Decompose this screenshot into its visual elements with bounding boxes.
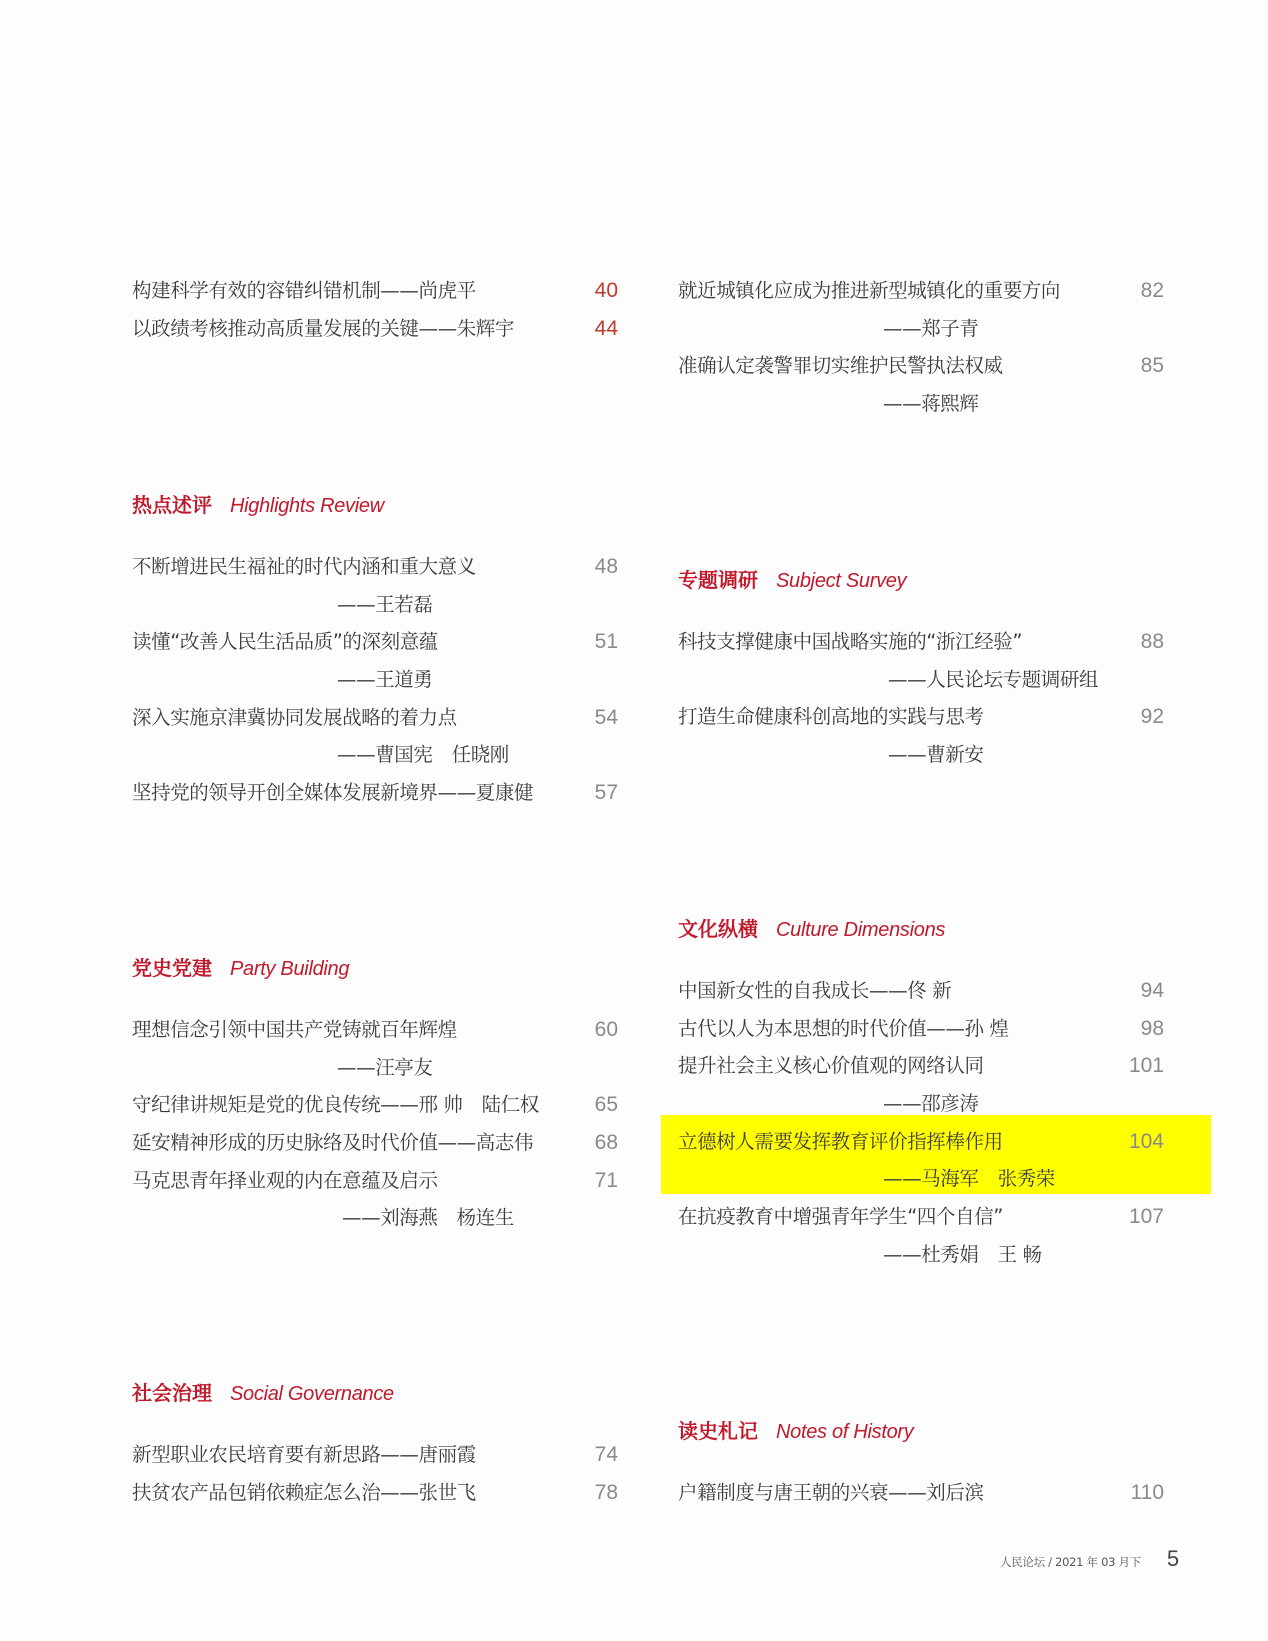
entry-title: 古代以人为本思想的时代价值——孙 煌 — [678, 1010, 1164, 1048]
toc-entry[interactable]: 提升社会主义核心价值观的网络认同 ——邵彦涛 101 — [678, 1047, 1164, 1122]
toc-entry[interactable]: 读懂“改善人民生活品质”的深刻意蕴 ——王道勇 51 — [132, 623, 618, 698]
entry-title: 科技支撑健康中国战略实施的“浙江经验” — [678, 623, 1164, 661]
entry-title: 理想信念引领中国共产党铸就百年辉煌 — [132, 1011, 618, 1049]
toc-entry[interactable]: 坚持党的领导开创全媒体发展新境界——夏康健 57 — [132, 774, 618, 812]
page-number: 65 — [595, 1086, 618, 1124]
page-number: 85 — [1141, 347, 1164, 385]
page-number: 92 — [1141, 698, 1164, 736]
section-title-en: Party Building — [230, 958, 349, 981]
page-number: 40 — [595, 272, 618, 310]
toc-entry[interactable]: 准确认定袭警罪切实维护民警执法权威 ——蒋熙辉 85 — [678, 347, 1164, 422]
toc-entry[interactable]: 科技支撑健康中国战略实施的“浙江经验” ——人民论坛专题调研组 88 — [678, 623, 1164, 698]
page-number: 110 — [1131, 1474, 1164, 1512]
page-number: 82 — [1141, 272, 1164, 310]
section-heading: 文化纵横 Culture Dimensions — [678, 913, 1164, 947]
section-subject-survey: 专题调研 Subject Survey 科技支撑健康中国战略实施的“浙江经验” … — [678, 564, 1164, 774]
entry-title: 新型职业农民培育要有新思路——唐丽霞 — [132, 1436, 618, 1474]
entry-title: 在抗疫教育中增强青年学生“四个自信” — [678, 1198, 1164, 1236]
entry-author: ——人民论坛专题调研组 — [678, 661, 1164, 699]
entry-title: 户籍制度与唐王朝的兴衰——刘后滨 — [678, 1474, 1164, 1512]
entry-title: 准确认定袭警罪切实维护民警执法权威 — [678, 347, 1164, 385]
page-number: 51 — [595, 623, 618, 661]
page-number: 104 — [1129, 1123, 1164, 1161]
toc-entry[interactable]: 马克思青年择业观的内在意蕴及启示 ——刘海燕 杨连生 71 — [132, 1162, 618, 1237]
section-party-building: 党史党建 Party Building 理想信念引领中国共产党铸就百年辉煌 ——… — [132, 952, 618, 1237]
page-number: 94 — [1141, 972, 1164, 1010]
entry-title: 读懂“改善人民生活品质”的深刻意蕴 — [132, 623, 618, 661]
entry-title: 守纪律讲规矩是党的优良传统——邢 帅 陆仁权 — [132, 1086, 618, 1124]
page-number: 44 — [595, 310, 618, 348]
entry-author: ——蒋熙辉 — [678, 385, 1164, 423]
section-notes-of-history: 读史札记 Notes of History 户籍制度与唐王朝的兴衰——刘后滨 1… — [678, 1415, 1164, 1512]
section-title-cn: 党史党建 — [132, 952, 212, 981]
section-title-cn: 社会治理 — [132, 1377, 212, 1406]
section-heading: 读史札记 Notes of History — [678, 1415, 1164, 1449]
entry-author: ——曹国宪 任晓刚 — [132, 736, 618, 774]
left-top-entries: 构建科学有效的容错纠错机制——尚虎平 40 以政绩考核推动高质量发展的关键——朱… — [132, 272, 618, 347]
toc-entry[interactable]: 理想信念引领中国共产党铸就百年辉煌 ——汪亭友 60 — [132, 1011, 618, 1086]
section-heading: 专题调研 Subject Survey — [678, 564, 1164, 598]
toc-entry[interactable]: 以政绩考核推动高质量发展的关键——朱辉宇 44 — [132, 310, 618, 348]
page-number: 74 — [595, 1436, 618, 1474]
entry-title: 马克思青年择业观的内在意蕴及启示 — [132, 1162, 618, 1200]
entry-title: 不断增进民生福祉的时代内涵和重大意义 — [132, 548, 618, 586]
entry-author: ——马海军 张秀荣 — [678, 1160, 1164, 1198]
section-culture-dimensions: 文化纵横 Culture Dimensions 中国新女性的自我成长——佟 新 … — [678, 913, 1164, 1274]
toc-entry[interactable]: 构建科学有效的容错纠错机制——尚虎平 40 — [132, 272, 618, 310]
toc-entry[interactable]: 就近城镇化应成为推进新型城镇化的重要方向 ——郑子青 82 — [678, 272, 1164, 347]
section-title-cn: 文化纵横 — [678, 913, 758, 942]
entry-author: ——王道勇 — [132, 661, 618, 699]
toc-entry[interactable]: 延安精神形成的历史脉络及时代价值——高志伟 68 — [132, 1124, 618, 1162]
entry-title: 中国新女性的自我成长——佟 新 — [678, 972, 1164, 1010]
section-social-governance: 社会治理 Social Governance 新型职业农民培育要有新思路——唐丽… — [132, 1377, 618, 1511]
page-number: 98 — [1141, 1010, 1164, 1048]
entry-title: 打造生命健康科创高地的实践与思考 — [678, 698, 1164, 736]
right-top-entries: 就近城镇化应成为推进新型城镇化的重要方向 ——郑子青 82 准确认定袭警罪切实维… — [678, 272, 1164, 423]
toc-entry-highlighted[interactable]: 立德树人需要发挥教育评价指挥棒作用 ——马海军 张秀荣 104 — [678, 1123, 1164, 1198]
toc-entry[interactable]: 深入实施京津冀协同发展战略的着力点 ——曹国宪 任晓刚 54 — [132, 699, 618, 774]
section-heading: 社会治理 Social Governance — [132, 1377, 618, 1411]
section-title-en: Culture Dimensions — [776, 919, 945, 942]
folio-page-number: 5 — [1167, 1546, 1179, 1572]
toc-entry[interactable]: 古代以人为本思想的时代价值——孙 煌 98 — [678, 1010, 1164, 1048]
entry-title: 深入实施京津冀协同发展战略的着力点 — [132, 699, 618, 737]
entry-title: 以政绩考核推动高质量发展的关键——朱辉宇 — [132, 310, 618, 348]
section-title-en: Subject Survey — [776, 570, 906, 593]
page-number: 78 — [595, 1474, 618, 1512]
section-title-cn: 读史札记 — [678, 1415, 758, 1444]
toc-entry[interactable]: 户籍制度与唐王朝的兴衰——刘后滨 110 — [678, 1474, 1164, 1512]
entry-author: ——郑子青 — [678, 310, 1164, 348]
page-number: 48 — [595, 548, 618, 586]
entry-author: ——杜秀娟 王 畅 — [678, 1236, 1164, 1274]
toc-entry[interactable]: 不断增进民生福祉的时代内涵和重大意义 ——王若磊 48 — [132, 548, 618, 623]
publication-info: 人民论坛 / 2021 年 03 月下 — [1000, 1554, 1141, 1570]
page-number: 68 — [595, 1124, 618, 1162]
section-title-en: Social Governance — [230, 1383, 394, 1406]
entry-author: ——邵彦涛 — [678, 1085, 1164, 1123]
section-heading: 热点述评 Highlights Review — [132, 489, 618, 523]
section-title-en: Notes of History — [776, 1421, 913, 1444]
page-number: 54 — [595, 699, 618, 737]
page-number: 60 — [595, 1011, 618, 1049]
toc-entry[interactable]: 扶贫农产品包销依赖症怎么治——张世飞 78 — [132, 1474, 618, 1512]
entry-title: 提升社会主义核心价值观的网络认同 — [678, 1047, 1164, 1085]
section-title-en: Highlights Review — [230, 495, 384, 518]
page-number: 71 — [595, 1162, 618, 1200]
toc-entry[interactable]: 中国新女性的自我成长——佟 新 94 — [678, 972, 1164, 1010]
section-title-cn: 热点述评 — [132, 489, 212, 518]
entry-title: 就近城镇化应成为推进新型城镇化的重要方向 — [678, 272, 1164, 310]
page-number: 101 — [1129, 1047, 1164, 1085]
entry-author: ——王若磊 — [132, 586, 618, 624]
entry-title: 立德树人需要发挥教育评价指挥棒作用 — [678, 1123, 1164, 1161]
page-footer: 人民论坛 / 2021 年 03 月下 5 — [1000, 1546, 1179, 1572]
entry-author: ——刘海燕 杨连生 — [132, 1199, 618, 1237]
entry-title: 坚持党的领导开创全媒体发展新境界——夏康健 — [132, 774, 618, 812]
page-number: 107 — [1129, 1198, 1164, 1236]
entry-author: ——汪亭友 — [132, 1049, 618, 1087]
entry-title: 构建科学有效的容错纠错机制——尚虎平 — [132, 272, 618, 310]
toc-entry[interactable]: 新型职业农民培育要有新思路——唐丽霞 74 — [132, 1436, 618, 1474]
entry-title: 扶贫农产品包销依赖症怎么治——张世飞 — [132, 1474, 618, 1512]
section-title-cn: 专题调研 — [678, 564, 758, 593]
entry-author: ——曹新安 — [678, 736, 1164, 774]
section-heading: 党史党建 Party Building — [132, 952, 618, 986]
page-number: 57 — [595, 774, 618, 812]
toc-entry[interactable]: 在抗疫教育中增强青年学生“四个自信” ——杜秀娟 王 畅 107 — [678, 1198, 1164, 1273]
toc-entry[interactable]: 守纪律讲规矩是党的优良传统——邢 帅 陆仁权 65 — [132, 1086, 618, 1124]
toc-entry[interactable]: 打造生命健康科创高地的实践与思考 ——曹新安 92 — [678, 698, 1164, 773]
entry-title: 延安精神形成的历史脉络及时代价值——高志伟 — [132, 1124, 618, 1162]
section-highlights-review: 热点述评 Highlights Review 不断增进民生福祉的时代内涵和重大意… — [132, 489, 618, 812]
page-number: 88 — [1141, 623, 1164, 661]
